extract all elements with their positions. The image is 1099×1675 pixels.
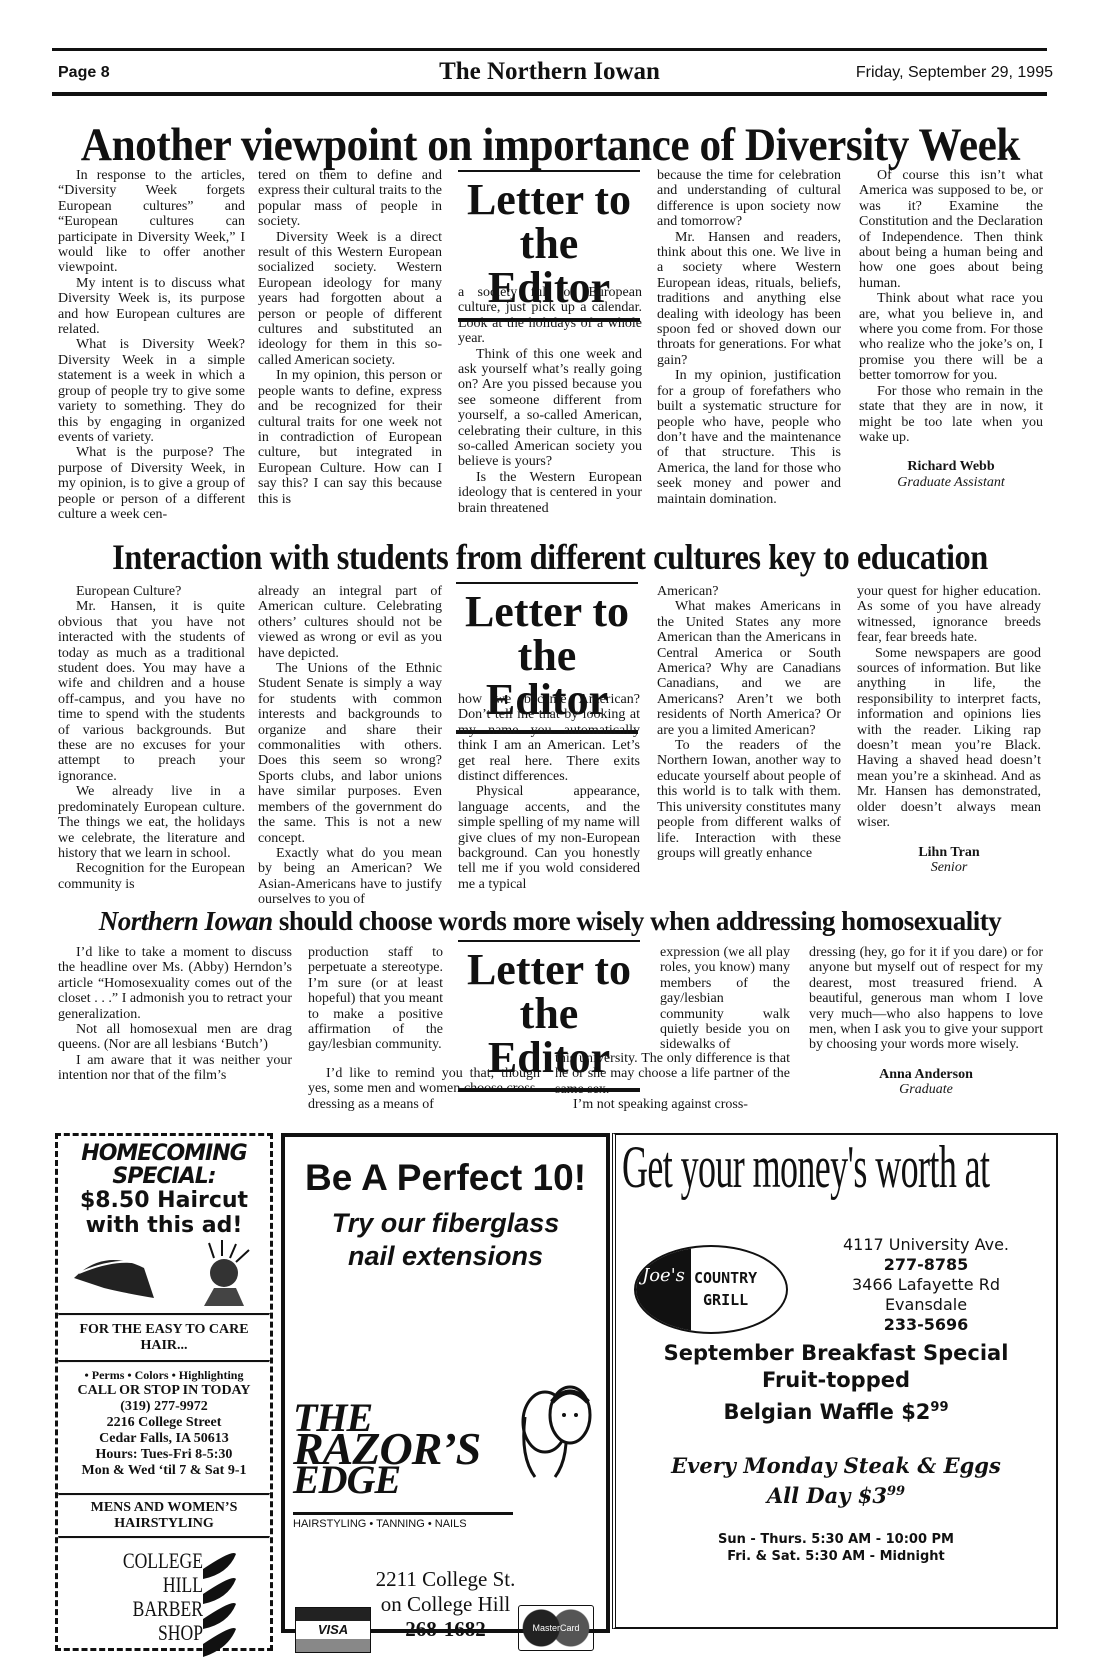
- paragraph: To the readers of the Northern Iowan, an…: [657, 738, 841, 861]
- article2-col5: your quest for higher education. As some…: [857, 584, 1041, 875]
- address1: 4117 University Ave.: [801, 1235, 1051, 1255]
- paragraph: tered on them to define and express thei…: [258, 168, 442, 230]
- author-name: Anna Anderson: [809, 1067, 1043, 1082]
- ad-cta: CALL OR STOP IN TODAY: [58, 1383, 270, 1399]
- article2-col2: already an integral part of American cul…: [258, 584, 442, 908]
- article1-signature: Richard Webb Graduate Assistant: [859, 459, 1043, 490]
- article1-col4: because the time for celebration and und…: [657, 168, 841, 507]
- phone1: 277-8785: [801, 1255, 1051, 1275]
- ad-locations: 4117 University Ave. 277-8785 3466 Lafay…: [801, 1235, 1051, 1335]
- ad-city: Cedar Falls, IA 50613: [58, 1431, 270, 1447]
- hours1: Sun - Thurs. 5:30 AM - 10:00 PM: [616, 1531, 1056, 1548]
- paragraph: Not all homosexual men are drag queens. …: [58, 1022, 292, 1053]
- ad-styling: MENS AND WOMEN’S HAIRSTYLING: [58, 1496, 270, 1536]
- paragraph: Diversity Week is a direct result of thi…: [258, 230, 442, 369]
- paragraph: your quest for higher education. As some…: [857, 584, 1041, 646]
- author-title: Graduate Assistant: [859, 475, 1043, 490]
- paragraph: Recognition for the European community i…: [58, 861, 245, 892]
- logo-line: COLLEGE: [111, 1549, 203, 1573]
- ad-breakfast-special: September Breakfast Special Fruit-topped…: [616, 1340, 1056, 1426]
- article2-col4: American? What makes Americans in the Un…: [657, 584, 841, 861]
- article3-col2: production staff to perpetuate a stereot…: [308, 945, 443, 1053]
- special-item1: Fruit-topped: [616, 1367, 1056, 1394]
- masthead-bottom-rule: [52, 92, 1047, 96]
- paragraph: I am aware that it was neither your inte…: [58, 1053, 292, 1084]
- logo-line1: COUNTRY: [694, 1267, 757, 1289]
- article2-signature: Lihn Tran Senior: [857, 845, 1041, 876]
- article3-col3b: this university. The only difference is …: [555, 1051, 790, 1113]
- ad-headline: Get your money's worth at: [622, 1135, 1054, 1199]
- logo-line2: GRILL: [694, 1289, 757, 1311]
- headline-text: should choose words more wisely when add…: [273, 906, 1002, 936]
- ad-hours: Sun - Thurs. 5:30 AM - 10:00 PM Fri. & S…: [616, 1531, 1056, 1565]
- paragraph: We already live in a predominately Europ…: [58, 784, 245, 861]
- phone2: 233-5696: [801, 1315, 1051, 1335]
- paragraph: Mr. Hansen and readers, think about this…: [657, 230, 841, 369]
- paragraph: already an integral part of American cul…: [258, 584, 442, 661]
- steak-price-line: All Day $399: [616, 1479, 1056, 1509]
- article2-col1: European Culture? Mr. Hansen, it is quit…: [58, 584, 245, 892]
- article2-col3: how we became American? Don’t tell me th…: [458, 692, 640, 892]
- paragraph: expression (we all play roles, you know)…: [660, 945, 790, 1053]
- letter-box-line1: Letter to: [458, 948, 640, 992]
- ad-homecoming-special: HOMECOMING SPECIAL:: [58, 1142, 270, 1188]
- paragraph: Mr. Hansen, it is quite obvious that you…: [58, 599, 245, 784]
- headline-paper-name: Northern Iowan: [99, 906, 273, 936]
- logo-line: HILL: [111, 1573, 203, 1597]
- mastercard-icon: MasterCard: [518, 1605, 594, 1651]
- ad-country-grill: Get your money's worth at Joe's COUNTRY …: [612, 1133, 1058, 1629]
- paragraph: Some newspapers are good sources of info…: [857, 646, 1041, 831]
- paragraph: The Unions of the Ethnic Student Senate …: [258, 661, 442, 846]
- divider: [58, 1536, 270, 1539]
- paragraph: Think of this one week and ask yourself …: [458, 347, 642, 470]
- article3-col1: I’d like to take a moment to discuss the…: [58, 945, 292, 1084]
- paragraph: For those who remain in the state that t…: [859, 384, 1043, 446]
- deal-line2: with this ad!: [58, 1213, 270, 1238]
- ad-college-hill-barber: HOMECOMING SPECIAL: $8.50 Haircut with t…: [55, 1133, 273, 1651]
- visa-card-icon: VISA: [295, 1607, 371, 1653]
- steak-cents: 99: [887, 1484, 905, 1499]
- special-item2: Belgian Waffle $299: [616, 1394, 1056, 1426]
- ad-subheadline: Try our fiberglass nail extensions: [285, 1207, 606, 1273]
- ad-hours1: Hours: Tues-Fri 8-5:30: [58, 1447, 270, 1463]
- author-name: Richard Webb: [859, 459, 1043, 474]
- ad-haircut-deal: $8.50 Haircut with this ad!: [58, 1188, 270, 1238]
- ad-headline: Be A Perfect 10!: [285, 1157, 606, 1199]
- deal-line1: $8.50 Haircut: [58, 1188, 270, 1213]
- author-name: Lihn Tran: [857, 845, 1041, 860]
- address-line1: 2211 College St.: [285, 1567, 606, 1592]
- hair-illustration-icon: [64, 1238, 264, 1308]
- paragraph: Physical appearance, language accents, a…: [458, 784, 640, 892]
- address2: 3466 Lafayette Rd: [801, 1275, 1051, 1295]
- couple-illustration-icon: [510, 1377, 600, 1487]
- paragraph: Think about what race you are, what you …: [859, 291, 1043, 383]
- paragraph: a society full of European culture, just…: [458, 285, 642, 347]
- city2: Evansdale: [801, 1295, 1051, 1315]
- razors-edge-logo: THE RAZOR’S EDGE: [293, 1402, 480, 1495]
- ad-tagline: FOR THE EASY TO CARE HAIR...: [58, 1316, 270, 1360]
- paragraph: production staff to perpetuate a stereot…: [308, 945, 443, 1053]
- article1-col5: Of course this isn’t what America was su…: [859, 168, 1043, 490]
- article3-signature: Anna Anderson Graduate: [809, 1067, 1043, 1098]
- barber-pole-icon: [198, 1549, 238, 1659]
- steak-price: $3: [858, 1483, 887, 1508]
- article3-headline: Northern Iowan should choose words more …: [40, 906, 1060, 937]
- barber-shop-logo: COLLEGE HILL BARBER SHOP: [58, 1549, 270, 1664]
- author-title: Senior: [857, 860, 1041, 875]
- ad-steak-special: Every Monday Steak & Eggs All Day $399: [616, 1453, 1056, 1509]
- ad-razors-edge: Be A Perfect 10! Try our fiberglass nail…: [281, 1133, 610, 1633]
- paragraph: What is Diversity Week? Diversity Week i…: [58, 337, 245, 445]
- sub-line1: Try our fiberglass: [285, 1207, 606, 1240]
- paragraph: how we became American? Don’t tell me th…: [458, 692, 640, 784]
- paragraph: because the time for celebration and und…: [657, 168, 841, 230]
- paragraph: Is the Western European ideology that is…: [458, 470, 642, 516]
- special-cents: 99: [930, 1400, 948, 1415]
- paragraph: In response to the articles, “Diversity …: [58, 168, 245, 276]
- paragraph: What is the purpose? The purpose of Dive…: [58, 445, 245, 522]
- logo-line: BARBER: [111, 1597, 203, 1621]
- paragraph: this university. The only difference is …: [555, 1051, 790, 1097]
- paragraph: Of course this isn’t what America was su…: [859, 168, 1043, 291]
- article3-col3: expression (we all play roles, you know)…: [660, 945, 790, 1053]
- paragraph: American?: [657, 584, 841, 599]
- masthead-top-rule: [52, 48, 1047, 51]
- visa-label: VISA: [318, 1622, 348, 1637]
- country-grill-logo: Joe's COUNTRY GRILL: [634, 1245, 788, 1334]
- letter-box-line1: Letter to: [456, 590, 638, 634]
- special-line2: SPECIAL:: [58, 1165, 270, 1188]
- article1-col2: tered on them to define and express thei…: [258, 168, 442, 507]
- letter-box-line1: Letter to: [458, 178, 640, 222]
- article1-col3: a society full of European culture, just…: [458, 285, 642, 516]
- issue-date: Friday, September 29, 1995: [856, 64, 1053, 82]
- paragraph: European Culture?: [58, 584, 245, 599]
- sub-line2: nail extensions: [285, 1240, 606, 1273]
- ad-services: • Perms • Colors • Highlighting: [58, 1367, 270, 1383]
- special-price: $2: [901, 1400, 930, 1424]
- paragraph: My intent is to discuss what Diversity W…: [58, 276, 245, 338]
- paragraph: I’m not speaking against cross-: [555, 1097, 790, 1112]
- ad-hours2: Mon & Wed ‘til 7 & Sat 9-1: [58, 1463, 270, 1479]
- mastercard-label: MasterCard: [532, 1623, 579, 1633]
- article1-col1: In response to the articles, “Diversity …: [58, 168, 245, 522]
- paragraph: In my opinion, justification for a group…: [657, 368, 841, 507]
- special-title: September Breakfast Special: [616, 1340, 1056, 1367]
- article1-headline: Another viewpoint on importance of Diver…: [81, 118, 1019, 172]
- paragraph: dressing (hey, go for it if you dare) or…: [809, 945, 1043, 1053]
- paragraph: In my opinion, this person or people wan…: [258, 368, 442, 507]
- logo-line: SHOP: [111, 1621, 203, 1645]
- ad-services-tagline: HAIRSTYLING • TANNING • NAILS: [293, 1512, 513, 1530]
- article3-col4: dressing (hey, go for it if you dare) or…: [809, 945, 1043, 1098]
- hours2: Fri. & Sat. 5:30 AM - Midnight: [616, 1548, 1056, 1565]
- paragraph: What makes Americans in the United State…: [657, 599, 841, 738]
- article2-headline: Interaction with students from different…: [91, 536, 1009, 578]
- ad-street: 2216 College Street: [58, 1415, 270, 1431]
- logo-script: Joe's: [642, 1265, 685, 1286]
- ad-phone: (319) 277-9972: [58, 1399, 270, 1415]
- author-title: Graduate: [809, 1082, 1043, 1097]
- special-line1: HOMECOMING: [58, 1142, 270, 1165]
- paragraph: I’d like to take a moment to discuss the…: [58, 945, 292, 1022]
- divider: [58, 1360, 270, 1363]
- paragraph: Exactly what do you mean by being an Ame…: [258, 846, 442, 908]
- steak-line: Every Monday Steak & Eggs: [616, 1453, 1056, 1479]
